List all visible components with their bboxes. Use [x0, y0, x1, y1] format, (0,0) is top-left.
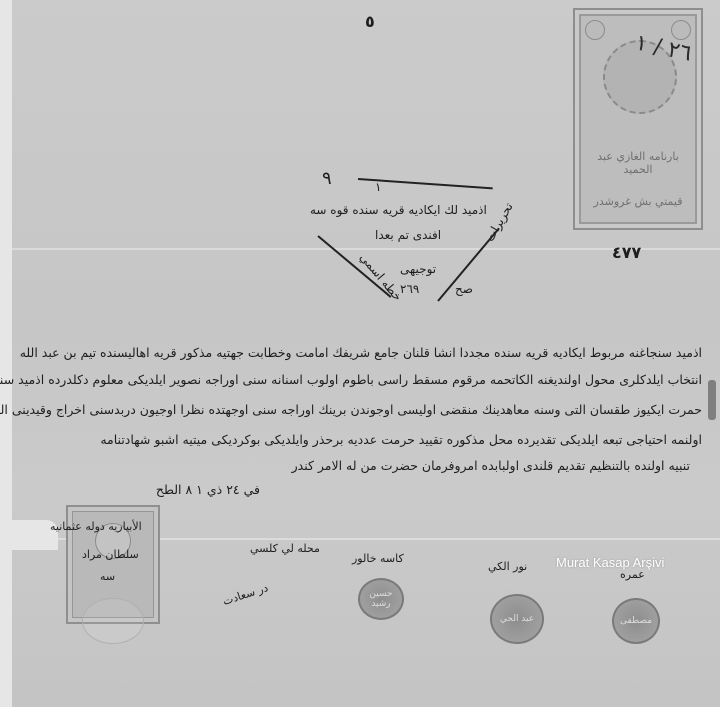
annotation-line-1: اذميد لك ايكاديه قريه سنده قوه سه: [310, 203, 487, 217]
signature-label-2: كاسه خالور: [352, 552, 404, 565]
page-number: ٥: [365, 12, 375, 31]
stamp-handwriting-2: سلطان مراد: [82, 548, 139, 561]
stamp-corner-ornament: [585, 20, 605, 40]
body-line-3: حمرت ايكيوز طقسان التى وسنه معاهدينك منق…: [0, 402, 702, 417]
scan-margin: [0, 0, 12, 707]
seal-stamp-3: عبد الحي: [490, 594, 544, 644]
stamp-handwriting-1: الأبياريه دوله عثمانيه: [50, 520, 142, 533]
body-line-2: انتخاب ايلدكلرى محول اولنديغنه الكاتحمه …: [0, 372, 702, 387]
paper-edge-mark: [708, 380, 716, 420]
stamp-mark: سه: [100, 570, 115, 583]
registry-number: ٤٧٧: [612, 243, 641, 262]
date-line: في ٢٤ ذي ١ ٨ الطح: [156, 482, 260, 497]
annotation-bottom-mark: صح: [455, 282, 473, 296]
signature-label-1: محله لي كلسي: [250, 542, 320, 555]
annotation-header-mark: ١: [375, 180, 381, 194]
seal-stamp-2: حسين رشيد: [358, 578, 404, 620]
archive-watermark: Murat Kasap Arşivi: [556, 555, 664, 570]
annotation-number: ٩: [322, 168, 332, 189]
body-line-4: اولنمه احتياجى تبعه ايلديكى تقديرده محل …: [100, 432, 702, 447]
seal-stamp-4: مصطفى: [612, 598, 660, 644]
faded-seal-impression: [82, 598, 144, 644]
annotation-line-2: افندى تم بعدا: [375, 228, 441, 242]
stamp-inscription-bottom: قيمتي بش غروشدر: [583, 195, 693, 208]
annotation-line-3: توجيهى: [400, 262, 436, 276]
signature-label-3: نور الكي: [488, 560, 527, 573]
body-line-5: تنبيه اولنده بالتنظيم تقديم قلندى اولباب…: [292, 458, 690, 473]
stamp-inscription-top: بارنامه الغازي عبد الحميد: [583, 150, 693, 176]
body-line-1: اذميد سنجاغنه مربوط ايكاديه قريه سنده مج…: [20, 345, 702, 360]
revenue-stamp: ٢٦ / ١ بارنامه الغازي عبد الحميد قيمتي ب…: [573, 8, 703, 230]
